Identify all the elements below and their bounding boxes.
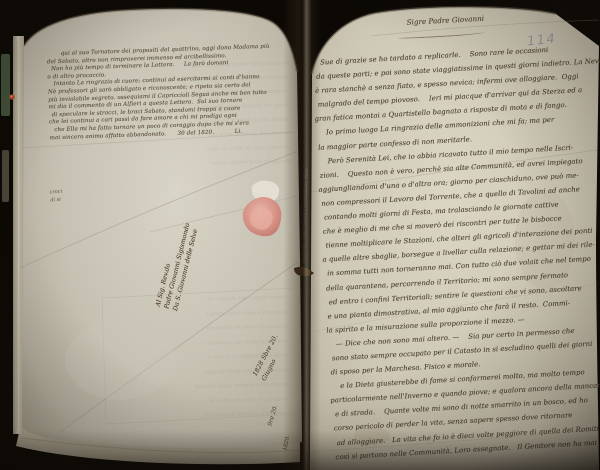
paper-stain bbox=[354, 427, 390, 445]
binding-pin-highlight bbox=[10, 95, 12, 97]
paper-mottle bbox=[515, 190, 575, 290]
paper-mottle-2 bbox=[65, 320, 175, 400]
binding-sliver bbox=[2, 150, 9, 202]
book-background bbox=[0, 0, 600, 470]
green-binding-cloth bbox=[1, 54, 10, 116]
manuscript-photo: im otnauq rep inroig itseuq ni ottutelib… bbox=[0, 0, 600, 470]
binding-pin bbox=[9, 94, 14, 99]
